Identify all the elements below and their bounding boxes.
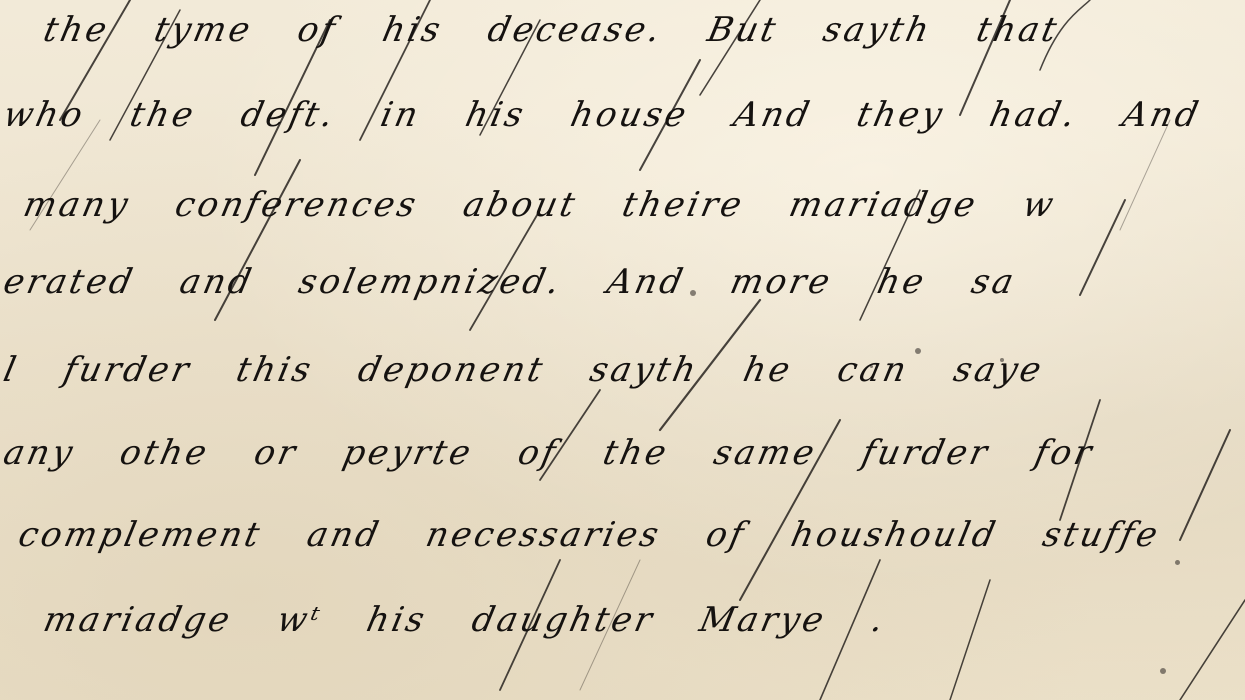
manuscript-word: who bbox=[0, 95, 89, 135]
manuscript-word: deponent bbox=[355, 350, 549, 390]
manuscript-word: mariadge bbox=[786, 185, 982, 225]
manuscript-word: necessaries bbox=[422, 515, 665, 555]
manuscript-word: his bbox=[363, 600, 431, 640]
manuscript-word: . bbox=[868, 600, 890, 640]
manuscript-word: saye bbox=[950, 350, 1048, 390]
manuscript-word: sa bbox=[968, 262, 1020, 302]
manuscript-word: othe bbox=[116, 433, 213, 473]
manuscript-word: wᵗ bbox=[274, 600, 326, 640]
ink-speck bbox=[1175, 560, 1180, 565]
manuscript-word: he bbox=[874, 262, 931, 302]
manuscript-word: solempnized. bbox=[295, 262, 566, 302]
manuscript-word: And bbox=[730, 95, 816, 135]
manuscript-word: houshould bbox=[787, 515, 1001, 555]
manuscript-word: daughter bbox=[468, 600, 658, 640]
manuscript-line: lfurderthisdeponentsaythhecansaye bbox=[0, 350, 1094, 390]
manuscript-word: had. bbox=[986, 95, 1081, 135]
manuscript-word: can bbox=[834, 350, 913, 390]
manuscript-word: many bbox=[20, 185, 134, 225]
manuscript-word: sayth bbox=[586, 350, 702, 390]
manuscript-word: in bbox=[377, 95, 424, 135]
manuscript-line: eratedandsolempnized.Andmorehesa bbox=[0, 262, 1066, 302]
manuscript-line: complementandnecessariesofhoushouldstuff… bbox=[15, 515, 1210, 555]
manuscript-word: sayth bbox=[819, 10, 935, 50]
manuscript-word: house bbox=[567, 95, 692, 135]
manuscript-line: mariadgewᵗhisdaughterMarye. bbox=[40, 600, 936, 640]
manuscript-word: about bbox=[460, 185, 582, 225]
manuscript-word: and bbox=[176, 262, 257, 302]
manuscript-word: peyrte bbox=[339, 433, 477, 473]
manuscript-word: this bbox=[233, 350, 317, 390]
manuscript-word: of bbox=[514, 433, 562, 473]
manuscript-line: anyotheorpeyrteofthesamefurderfor bbox=[0, 433, 1144, 473]
manuscript-word: mariadge bbox=[40, 600, 236, 640]
manuscript-word: the bbox=[126, 95, 199, 135]
manuscript-word: And bbox=[1119, 95, 1205, 135]
manuscript-word: And bbox=[603, 262, 689, 302]
manuscript-word: w bbox=[1019, 185, 1060, 225]
manuscript-word: he bbox=[740, 350, 797, 390]
manuscript-word: or bbox=[251, 433, 302, 473]
manuscript-word: they bbox=[853, 95, 948, 135]
manuscript-word: the bbox=[40, 10, 113, 50]
manuscript-word: stuffe bbox=[1039, 515, 1164, 555]
manuscript-line: thetymeofhisdecease.Butsayththat bbox=[40, 10, 1109, 50]
manuscript-word: and bbox=[303, 515, 384, 555]
manuscript-word: furder bbox=[60, 350, 195, 390]
manuscript-line: manyconferencesabouttheiremariadgew bbox=[20, 185, 1106, 225]
ink-speck bbox=[1160, 668, 1166, 674]
manuscript-line: whothedeft.inhishouseAndtheyhad.And bbox=[0, 95, 1245, 135]
manuscript-word: complement bbox=[15, 515, 266, 555]
manuscript-word: furder bbox=[858, 433, 993, 473]
manuscript-page: thetymeofhisdecease.Butsayththatwhothede… bbox=[0, 0, 1245, 700]
manuscript-word: the bbox=[599, 433, 672, 473]
manuscript-word: decease. bbox=[484, 10, 666, 50]
manuscript-word: his bbox=[462, 95, 530, 135]
manuscript-word: more bbox=[727, 262, 837, 302]
manuscript-word: any bbox=[0, 433, 79, 473]
manuscript-word: erated bbox=[0, 262, 139, 302]
manuscript-word: of bbox=[294, 10, 342, 50]
manuscript-word: for bbox=[1031, 433, 1098, 473]
manuscript-word: same bbox=[710, 433, 821, 473]
manuscript-word: that bbox=[973, 10, 1063, 50]
manuscript-word: tyme bbox=[151, 10, 257, 50]
manuscript-word: theire bbox=[619, 185, 748, 225]
manuscript-word: But bbox=[704, 10, 782, 50]
manuscript-word: Marye bbox=[696, 600, 830, 640]
manuscript-word: of bbox=[702, 515, 750, 555]
manuscript-word: his bbox=[379, 10, 447, 50]
manuscript-word: conferences bbox=[172, 185, 423, 225]
manuscript-word: deft. bbox=[237, 95, 339, 135]
